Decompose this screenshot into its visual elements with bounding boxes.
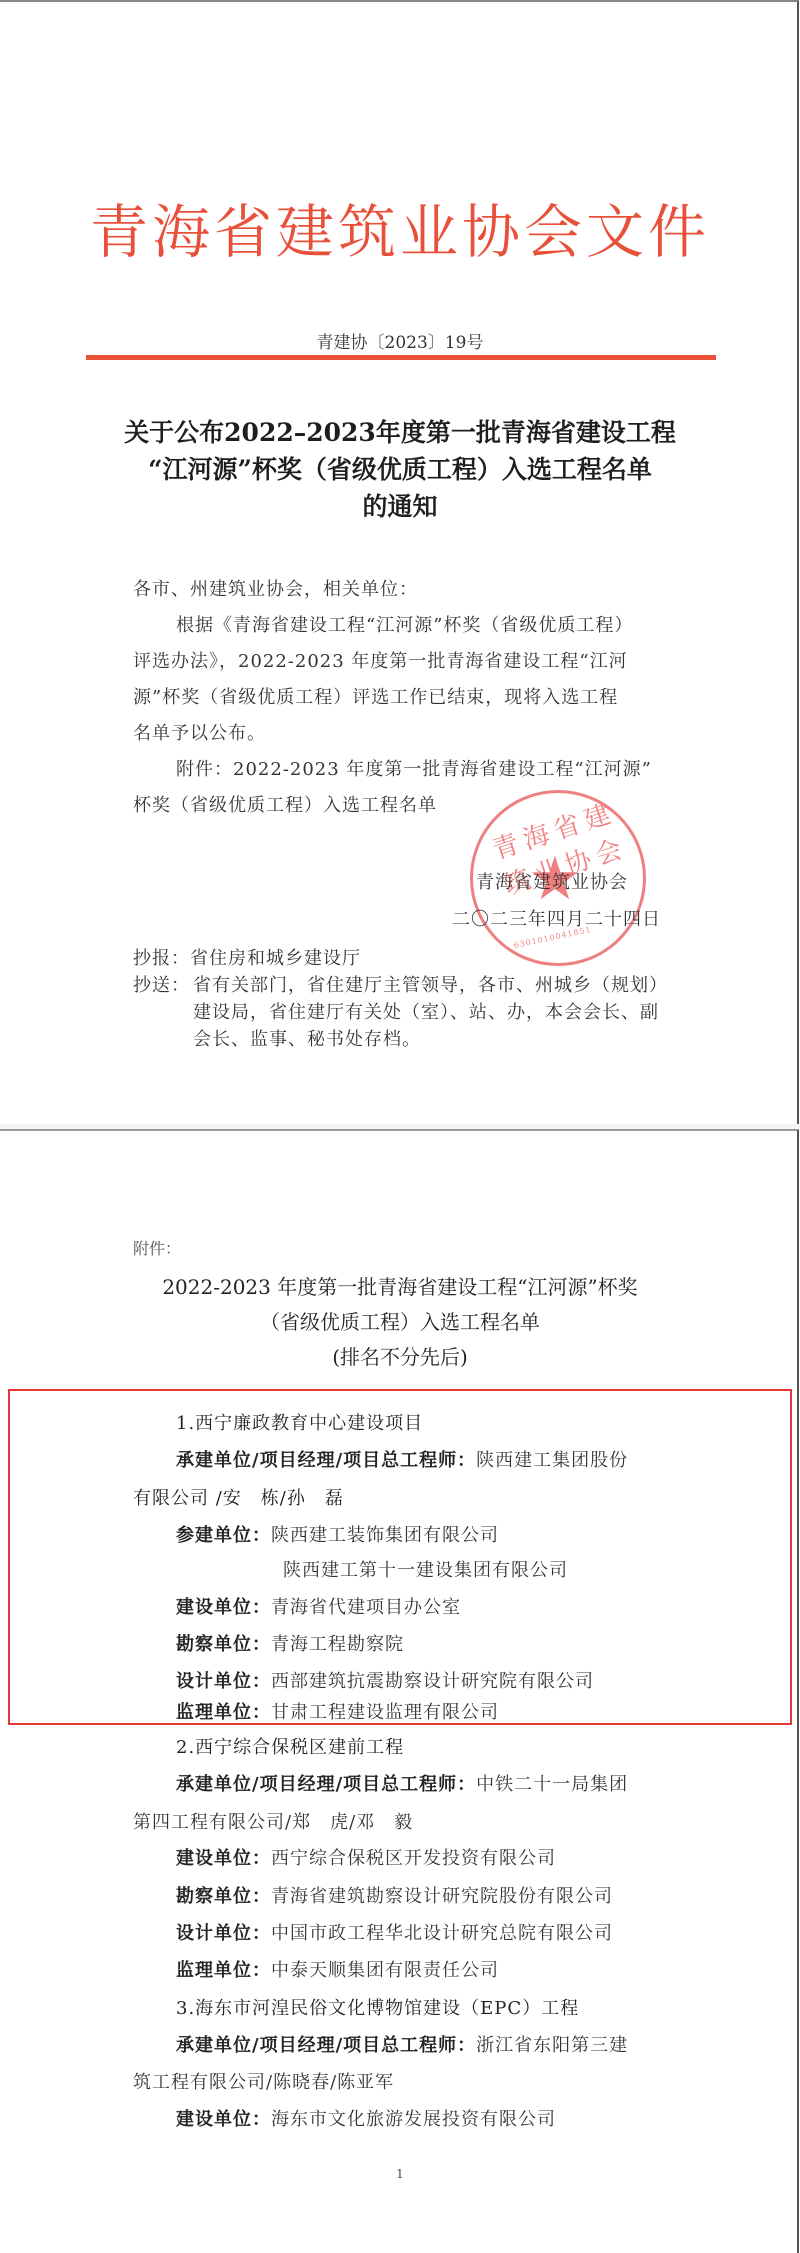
contractor-value: 陕西建工集团股份 [476, 1450, 628, 1471]
supervision-label: 监理单位： [176, 1960, 271, 1981]
project-title: 3.海东市河湟民俗文化博物馆建设（EPC）工程 [176, 1994, 579, 2020]
header-divider [86, 355, 716, 360]
contractor-value: 中铁二十一局集团 [476, 1774, 628, 1795]
survey-value: 青海工程勘察院 [271, 1634, 404, 1655]
design-value: 中国市政工程华北设计研究总院有限公司 [271, 1923, 613, 1944]
contractor-value: 浙江省东阳第三建 [476, 2035, 628, 2056]
design-label: 设计单位： [176, 1923, 271, 1944]
list-title-line-3: (排名不分先后) [0, 1341, 800, 1370]
design-value: 西部建筑抗震勘察设计研究院有限公司 [271, 1671, 594, 1692]
builder-value: 海东市文化旅游发展投资有限公司 [271, 2109, 556, 2130]
salutation: 各市、州建筑业协会，相关单位： [133, 578, 418, 602]
project-supervision: 监理单位：甘肃工程建设监理有限公司 [176, 1698, 499, 1724]
body-line: 根据《青海省建设工程“江河源”杯奖（省级优质工程） [176, 614, 633, 638]
supervision-label: 监理单位： [176, 1702, 271, 1723]
project-contractor: 承建单位/项目经理/项目总工程师：浙江省东阳第三建 [176, 2031, 628, 2057]
project-title: 2.西宁综合保税区建前工程 [176, 1733, 404, 1759]
project-supervision: 监理单位：中泰天顺集团有限责任公司 [176, 1956, 499, 1982]
notice-title-line-3: 的通知 [0, 488, 800, 525]
list-title-line-2: （省级优质工程）入选工程名单 [0, 1306, 800, 1335]
body-line: 源”杯奖（省级优质工程）评选工作已结束，现将入选工程 [133, 686, 618, 710]
participant-label: 参建单位： [176, 1525, 271, 1546]
header-title: 青海省建筑业协会文件 [0, 196, 800, 268]
supervision-value: 甘肃工程建设监理有限公司 [271, 1702, 499, 1723]
signature-date: 二〇二三年四月二十四日 [452, 905, 661, 931]
builder-label: 建设单位： [176, 1597, 271, 1618]
document-page-1 [0, 0, 799, 1126]
notice-title-line-2: “江河源”杯奖（省级优质工程）入选工程名单 [0, 451, 800, 488]
project-contractor: 承建单位/项目经理/项目总工程师：中铁二十一局集团 [176, 1770, 628, 1796]
survey-value: 青海省建筑勘察设计研究院股份有限公司 [271, 1886, 613, 1907]
project-builder: 建设单位：青海省代建项目办公室 [176, 1593, 461, 1619]
page-number: 1 [0, 2167, 800, 2181]
cc-report: 抄报：省住房和城乡建设厅 [133, 944, 361, 970]
project-survey: 勘察单位：青海工程勘察院 [176, 1630, 404, 1656]
document-number: 青建协〔2023〕19号 [0, 328, 800, 353]
survey-label: 勘察单位： [176, 1634, 271, 1655]
contractor-value-cont: 有限公司 /安 栋/孙 磊 [133, 1484, 344, 1510]
builder-label: 建设单位： [176, 2109, 271, 2130]
body-line: 评选办法》，2022-2023 年度第一批青海省建设工程“江河 [133, 650, 628, 674]
design-label: 设计单位： [176, 1671, 271, 1692]
project-builder: 建设单位：西宁综合保税区开发投资有限公司 [176, 1844, 556, 1870]
contractor-label: 承建单位/项目经理/项目总工程师： [176, 1450, 476, 1471]
project-contractor: 承建单位/项目经理/项目总工程师：陕西建工集团股份 [176, 1446, 628, 1472]
contractor-value-cont: 筑工程有限公司/陈晓春/陈亚军 [133, 2068, 394, 2094]
project-survey: 勘察单位：青海省建筑勘察设计研究院股份有限公司 [176, 1882, 613, 1908]
cc-report-value: 省住房和城乡建设厅 [190, 948, 361, 969]
survey-label: 勘察单位： [176, 1886, 271, 1907]
cc-send-line: 省有关部门，省住建厅主管领导，各市、州城乡（规划） [193, 971, 668, 997]
participant-value: 陕西建工第十一建设集团有限公司 [283, 1556, 568, 1582]
project-design: 设计单位：西部建筑抗震勘察设计研究院有限公司 [176, 1667, 594, 1693]
contractor-label: 承建单位/项目经理/项目总工程师： [176, 1774, 476, 1795]
supervision-value: 中泰天顺集团有限责任公司 [271, 1960, 499, 1981]
list-title-line-1: 2022-2023 年度第一批青海省建设工程“江河源”杯奖 [0, 1271, 800, 1300]
participant-value: 陕西建工装饰集团有限公司 [271, 1525, 499, 1546]
builder-label: 建设单位： [176, 1848, 271, 1869]
notice-title: 关于公布2022–2023年度第一批青海省建设工程 “江河源”杯奖（省级优质工程… [0, 414, 800, 525]
project-participant: 参建单位：陕西建工装饰集团有限公司 [176, 1521, 499, 1547]
contractor-value-cont: 第四工程有限公司/郑 虎/邓 毅 [133, 1808, 413, 1834]
builder-value: 西宁综合保税区开发投资有限公司 [271, 1848, 556, 1869]
cc-report-label: 抄报： [133, 948, 190, 969]
cc-send-line: 建设局，省住建厅有关处（室）、站、办，本会会长、副 [193, 998, 659, 1024]
body-line: 名单予以公布。 [133, 722, 266, 746]
notice-title-line-1: 关于公布2022–2023年度第一批青海省建设工程 [0, 414, 800, 451]
attachment-line: 杯奖（省级优质工程）入选工程名单 [133, 794, 437, 818]
cc-send-line: 会长、监事、秘书处存档。 [193, 1025, 421, 1051]
builder-value: 青海省代建项目办公室 [271, 1597, 461, 1618]
project-design: 设计单位：中国市政工程华北设计研究总院有限公司 [176, 1919, 613, 1945]
cc-send-label: 抄送： [133, 971, 190, 997]
project-title: 1.西宁廉政教育中心建设项目 [176, 1409, 423, 1435]
attachment-line: 附件：2022-2023 年度第一批青海省建设工程“江河源” [176, 758, 652, 782]
project-builder: 建设单位：海东市文化旅游发展投资有限公司 [176, 2105, 556, 2131]
contractor-label: 承建单位/项目经理/项目总工程师： [176, 2035, 476, 2056]
signature-org: 青海省建筑业协会 [476, 868, 628, 894]
attachment-label: 附件： [133, 1236, 181, 1259]
